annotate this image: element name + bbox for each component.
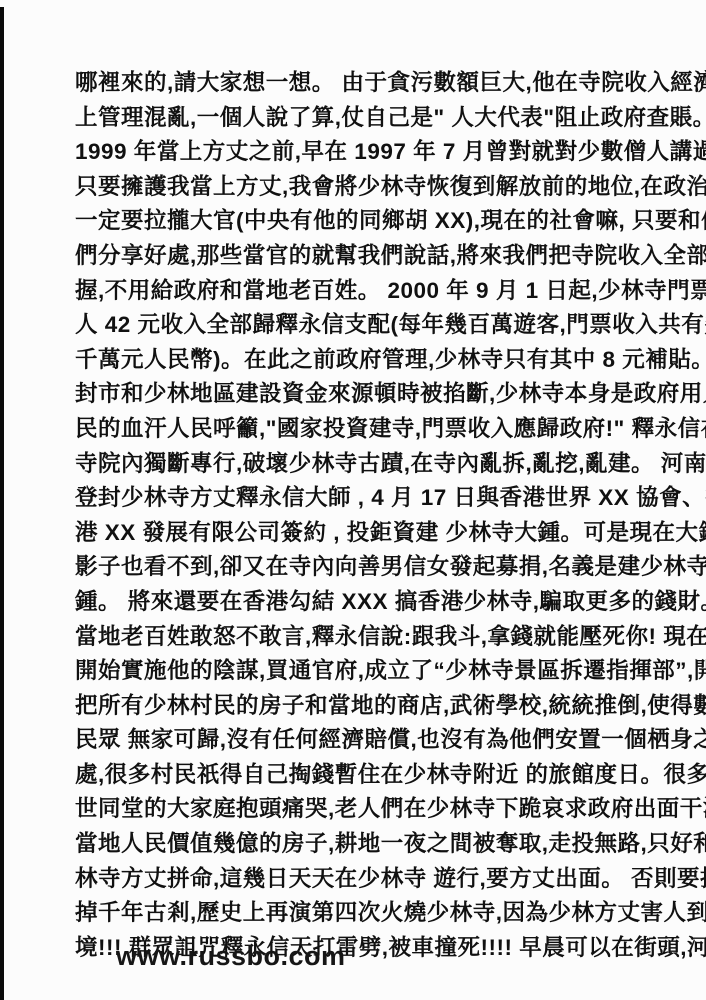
text-line: 把所有少林村民的房子和當地的商店,武術學校,統統推倒,使得數萬 — [75, 689, 642, 724]
text-line: 影子也看不到,卻又在寺內向善男信女發起募捐,名義是建少林寺大 — [75, 550, 642, 585]
document-text-block: 哪裡來的,請大家想一想。 由于貪污數額巨大,他在寺院收入經濟 上管理混亂,一個人… — [75, 66, 642, 965]
text-line: 人 42 元收入全部歸釋永信支配(每年幾百萬遊客,門票收入共有幾 — [75, 308, 642, 343]
text-line: 封市和少林地區建設資金來源頓時被掐斷,少林寺本身是政府用人 — [75, 377, 642, 412]
text-line: 鍾。 將來還要在香港勾結 XXX 搞香港少林寺,騙取更多的錢財。 — [75, 585, 642, 620]
text-line: 世同堂的大家庭抱頭痛哭,老人們在少林寺下跪哀求政府出面干涉! — [75, 792, 642, 827]
text-line: 登封少林寺方丈釋永信大師 , 4 月 17 日與香港世界 XX 協會、香 — [75, 481, 642, 516]
text-line: 港 XX 發展有限公司簽約 , 投鉅資建 少林寺大鍾。可是現在大鐘 — [75, 516, 642, 551]
scanned-document-page: 哪裡來的,請大家想一想。 由于貪污數額巨大,他在寺院收入經濟 上管理混亂,一個人… — [0, 0, 706, 1000]
text-line: 寺院內獨斷專行,破壞少林寺古蹟,在寺內亂拆,亂挖,亂建。 河南省 — [75, 447, 642, 482]
text-line: 當地人民價值幾億的房子,耕地一夜之間被奪取,走投無路,只好和少 — [75, 827, 642, 862]
text-line: 處,很多村民祇得自己掏錢暫住在少林寺附近 的旅館度日。很多三 — [75, 758, 642, 793]
text-line: 當地老百姓敢怒不敢言,釋永信說:跟我斗,拿錢就能壓死你! 現在他 — [75, 620, 642, 655]
text-line: 民眾 無家可歸,沒有任何經濟賠償,也沒有為他們安置一個栖身之 — [75, 723, 642, 758]
text-line: 上管理混亂,一個人說了算,仗自己是" 人大代表"阻止政府查賬。在 — [75, 101, 642, 136]
text-line: 開始實施他的陰謀,買通官府,成立了“少林寺景區拆遷指揮部”,開始 — [75, 654, 642, 689]
watermark-text: www.russbo.com — [116, 941, 346, 972]
scan-edge-artifact — [0, 7, 4, 1000]
text-line: 掉千年古剎,歷史上再演第四次火燒少林寺,因為少林方丈害人到絕 — [75, 896, 642, 931]
text-line: 千萬元人民幣)。在此之前政府管理,少林寺只有其中 8 元補貼。登 — [75, 343, 642, 378]
text-line: 一定要拉攏大官(中央有他的同鄉胡 XX),現在的社會嘛, 只要和他 — [75, 204, 642, 239]
text-line: 們分享好處,那些當官的就幫我們說話,將來我們把寺院收入全部掌 — [75, 239, 642, 274]
text-line: 民的血汗人民呼籲,"國家投資建寺,門票收入應歸政府!" 釋永信在 — [75, 412, 642, 447]
text-line: 哪裡來的,請大家想一想。 由于貪污數額巨大,他在寺院收入經濟 — [75, 66, 642, 101]
text-line: 1999 年當上方丈之前,早在 1997 年 7 月曾對就對少數僧人講過," — [75, 135, 642, 170]
text-line: 林寺方丈拼命,這幾日天天在少林寺 遊行,要方丈出面。 否則要拆 — [75, 862, 642, 897]
text-line: 握,不用給政府和當地老百姓。 2000 年 9 月 1 日起,少林寺門票每 — [75, 274, 642, 309]
text-line: 只要擁護我當上方丈,我會將少林寺恢復到解放前的地位,在政治上 — [75, 170, 642, 205]
